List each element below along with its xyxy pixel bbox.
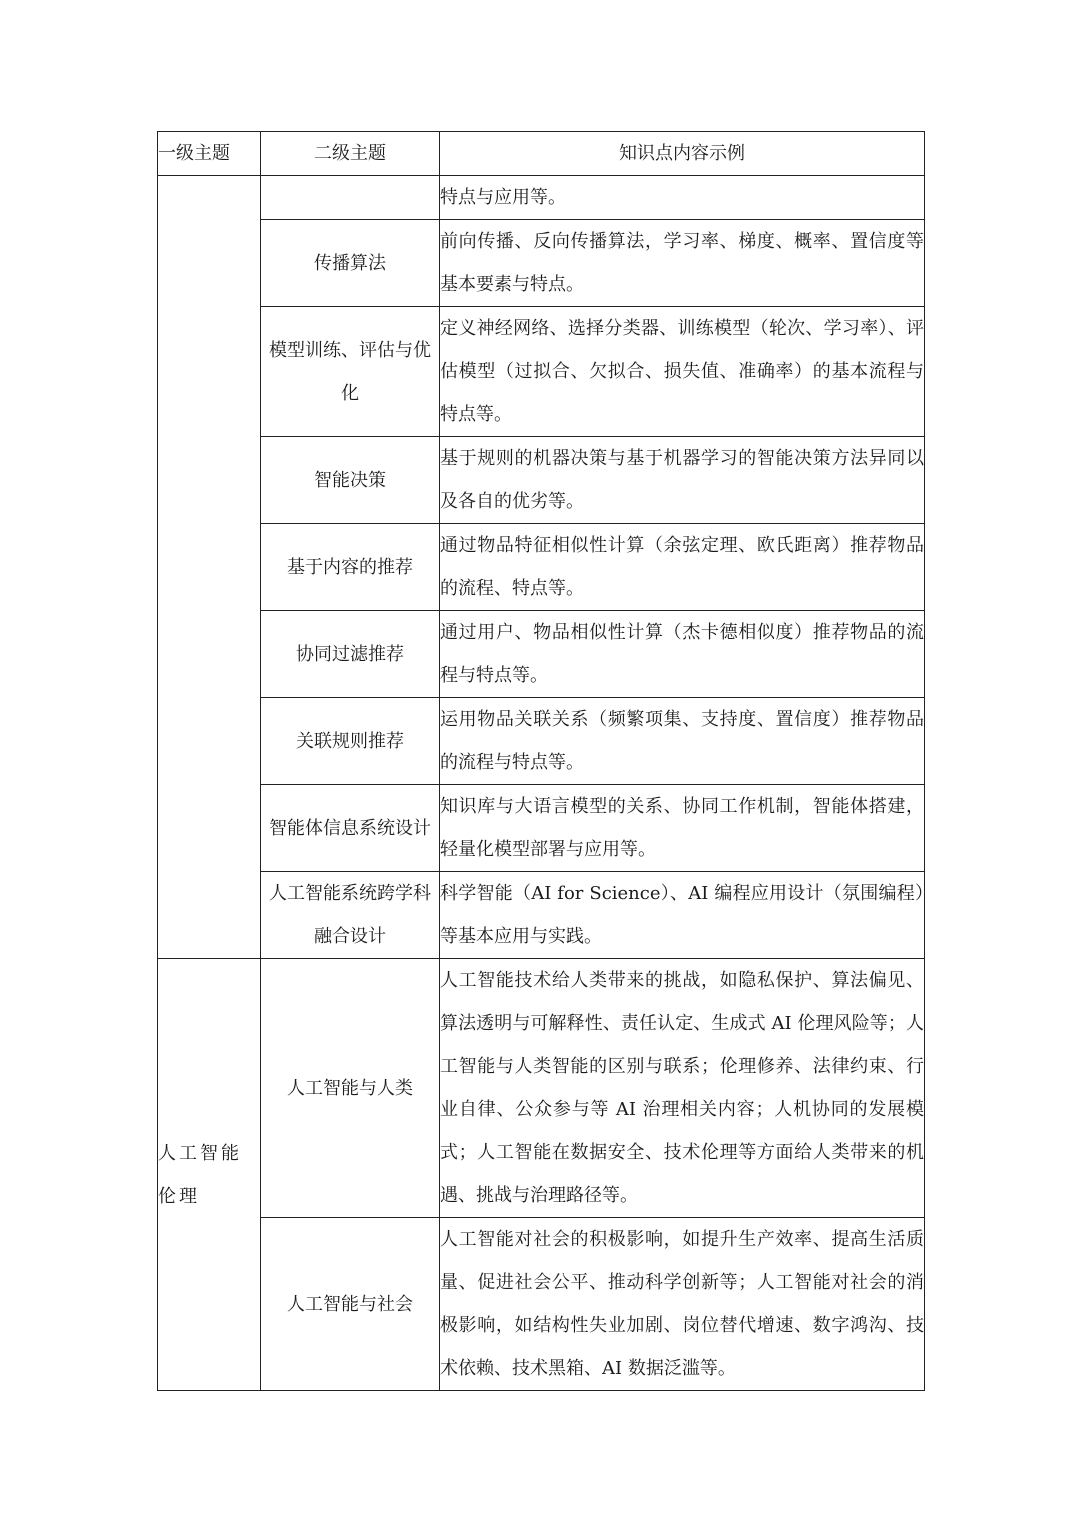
table-row: 人工智能伦理 人工智能与人类 人工智能技术给人类带来的挑战，如隐私保护、算法偏见… <box>158 959 925 1218</box>
level2-topic-cell: 人工智能系统跨学科融合设计 <box>261 872 440 959</box>
content-cell: 知识库与大语言模型的关系、协同工作机制，智能体搭建，轻量化模型部署与应用等。 <box>440 785 925 872</box>
level2-topic-cell <box>261 176 440 220</box>
level2-topic-cell: 模型训练、评估与优化 <box>261 307 440 437</box>
level1-topic-cell <box>158 176 261 959</box>
table-row: 智能决策 基于规则的机器决策与基于机器学习的智能决策方法异同以及各自的优劣等。 <box>158 437 925 524</box>
table-row: 智能体信息系统设计 知识库与大语言模型的关系、协同工作机制，智能体搭建，轻量化模… <box>158 785 925 872</box>
table-row: 关联规则推荐 运用物品关联关系（频繁项集、支持度、置信度）推荐物品的流程与特点等… <box>158 698 925 785</box>
content-cell: 通过物品特征相似性计算（余弦定理、欧氏距离）推荐物品的流程、特点等。 <box>440 524 925 611</box>
table-header-row: 一级主题 二级主题 知识点内容示例 <box>158 132 925 176</box>
header-level2-topic: 二级主题 <box>261 132 440 176</box>
content-cell: 人工智能技术给人类带来的挑战，如隐私保护、算法偏见、算法透明与可解释性、责任认定… <box>440 959 925 1218</box>
knowledge-topics-table: 一级主题 二级主题 知识点内容示例 特点与应用等。 传播算法 前向传播、反向传播… <box>157 131 925 1391</box>
content-cell: 通过用户、物品相似性计算（杰卡德相似度）推荐物品的流程与特点等。 <box>440 611 925 698</box>
content-cell: 运用物品关联关系（频繁项集、支持度、置信度）推荐物品的流程与特点等。 <box>440 698 925 785</box>
table-row: 基于内容的推荐 通过物品特征相似性计算（余弦定理、欧氏距离）推荐物品的流程、特点… <box>158 524 925 611</box>
content-cell: 基于规则的机器决策与基于机器学习的智能决策方法异同以及各自的优劣等。 <box>440 437 925 524</box>
header-level1-topic: 一级主题 <box>158 132 261 176</box>
level2-topic-cell: 协同过滤推荐 <box>261 611 440 698</box>
content-cell: 科学智能（AI for Science）、AI 编程应用设计（氛围编程）等基本应… <box>440 872 925 959</box>
level1-topic-cell: 人工智能伦理 <box>158 959 261 1391</box>
table-row: 模型训练、评估与优化 定义神经网络、选择分类器、训练模型（轮次、学习率）、评估模… <box>158 307 925 437</box>
table-row: 特点与应用等。 <box>158 176 925 220</box>
level2-topic-cell: 人工智能与社会 <box>261 1218 440 1391</box>
header-knowledge-content: 知识点内容示例 <box>440 132 925 176</box>
content-cell: 特点与应用等。 <box>440 176 925 220</box>
table-row: 人工智能与社会 人工智能对社会的积极影响，如提升生产效率、提高生活质量、促进社会… <box>158 1218 925 1391</box>
level2-topic-cell: 人工智能与人类 <box>261 959 440 1218</box>
document-page: 一级主题 二级主题 知识点内容示例 特点与应用等。 传播算法 前向传播、反向传播… <box>0 0 1080 1528</box>
level2-topic-cell: 基于内容的推荐 <box>261 524 440 611</box>
content-cell: 前向传播、反向传播算法，学习率、梯度、概率、置信度等基本要素与特点。 <box>440 220 925 307</box>
level2-topic-cell: 关联规则推荐 <box>261 698 440 785</box>
table-row: 人工智能系统跨学科融合设计 科学智能（AI for Science）、AI 编程… <box>158 872 925 959</box>
level2-topic-cell: 智能决策 <box>261 437 440 524</box>
content-cell: 定义神经网络、选择分类器、训练模型（轮次、学习率）、评估模型（过拟合、欠拟合、损… <box>440 307 925 437</box>
content-cell: 人工智能对社会的积极影响，如提升生产效率、提高生活质量、促进社会公平、推动科学创… <box>440 1218 925 1391</box>
level2-topic-cell: 传播算法 <box>261 220 440 307</box>
table-row: 传播算法 前向传播、反向传播算法，学习率、梯度、概率、置信度等基本要素与特点。 <box>158 220 925 307</box>
level2-topic-cell: 智能体信息系统设计 <box>261 785 440 872</box>
table-row: 协同过滤推荐 通过用户、物品相似性计算（杰卡德相似度）推荐物品的流程与特点等。 <box>158 611 925 698</box>
